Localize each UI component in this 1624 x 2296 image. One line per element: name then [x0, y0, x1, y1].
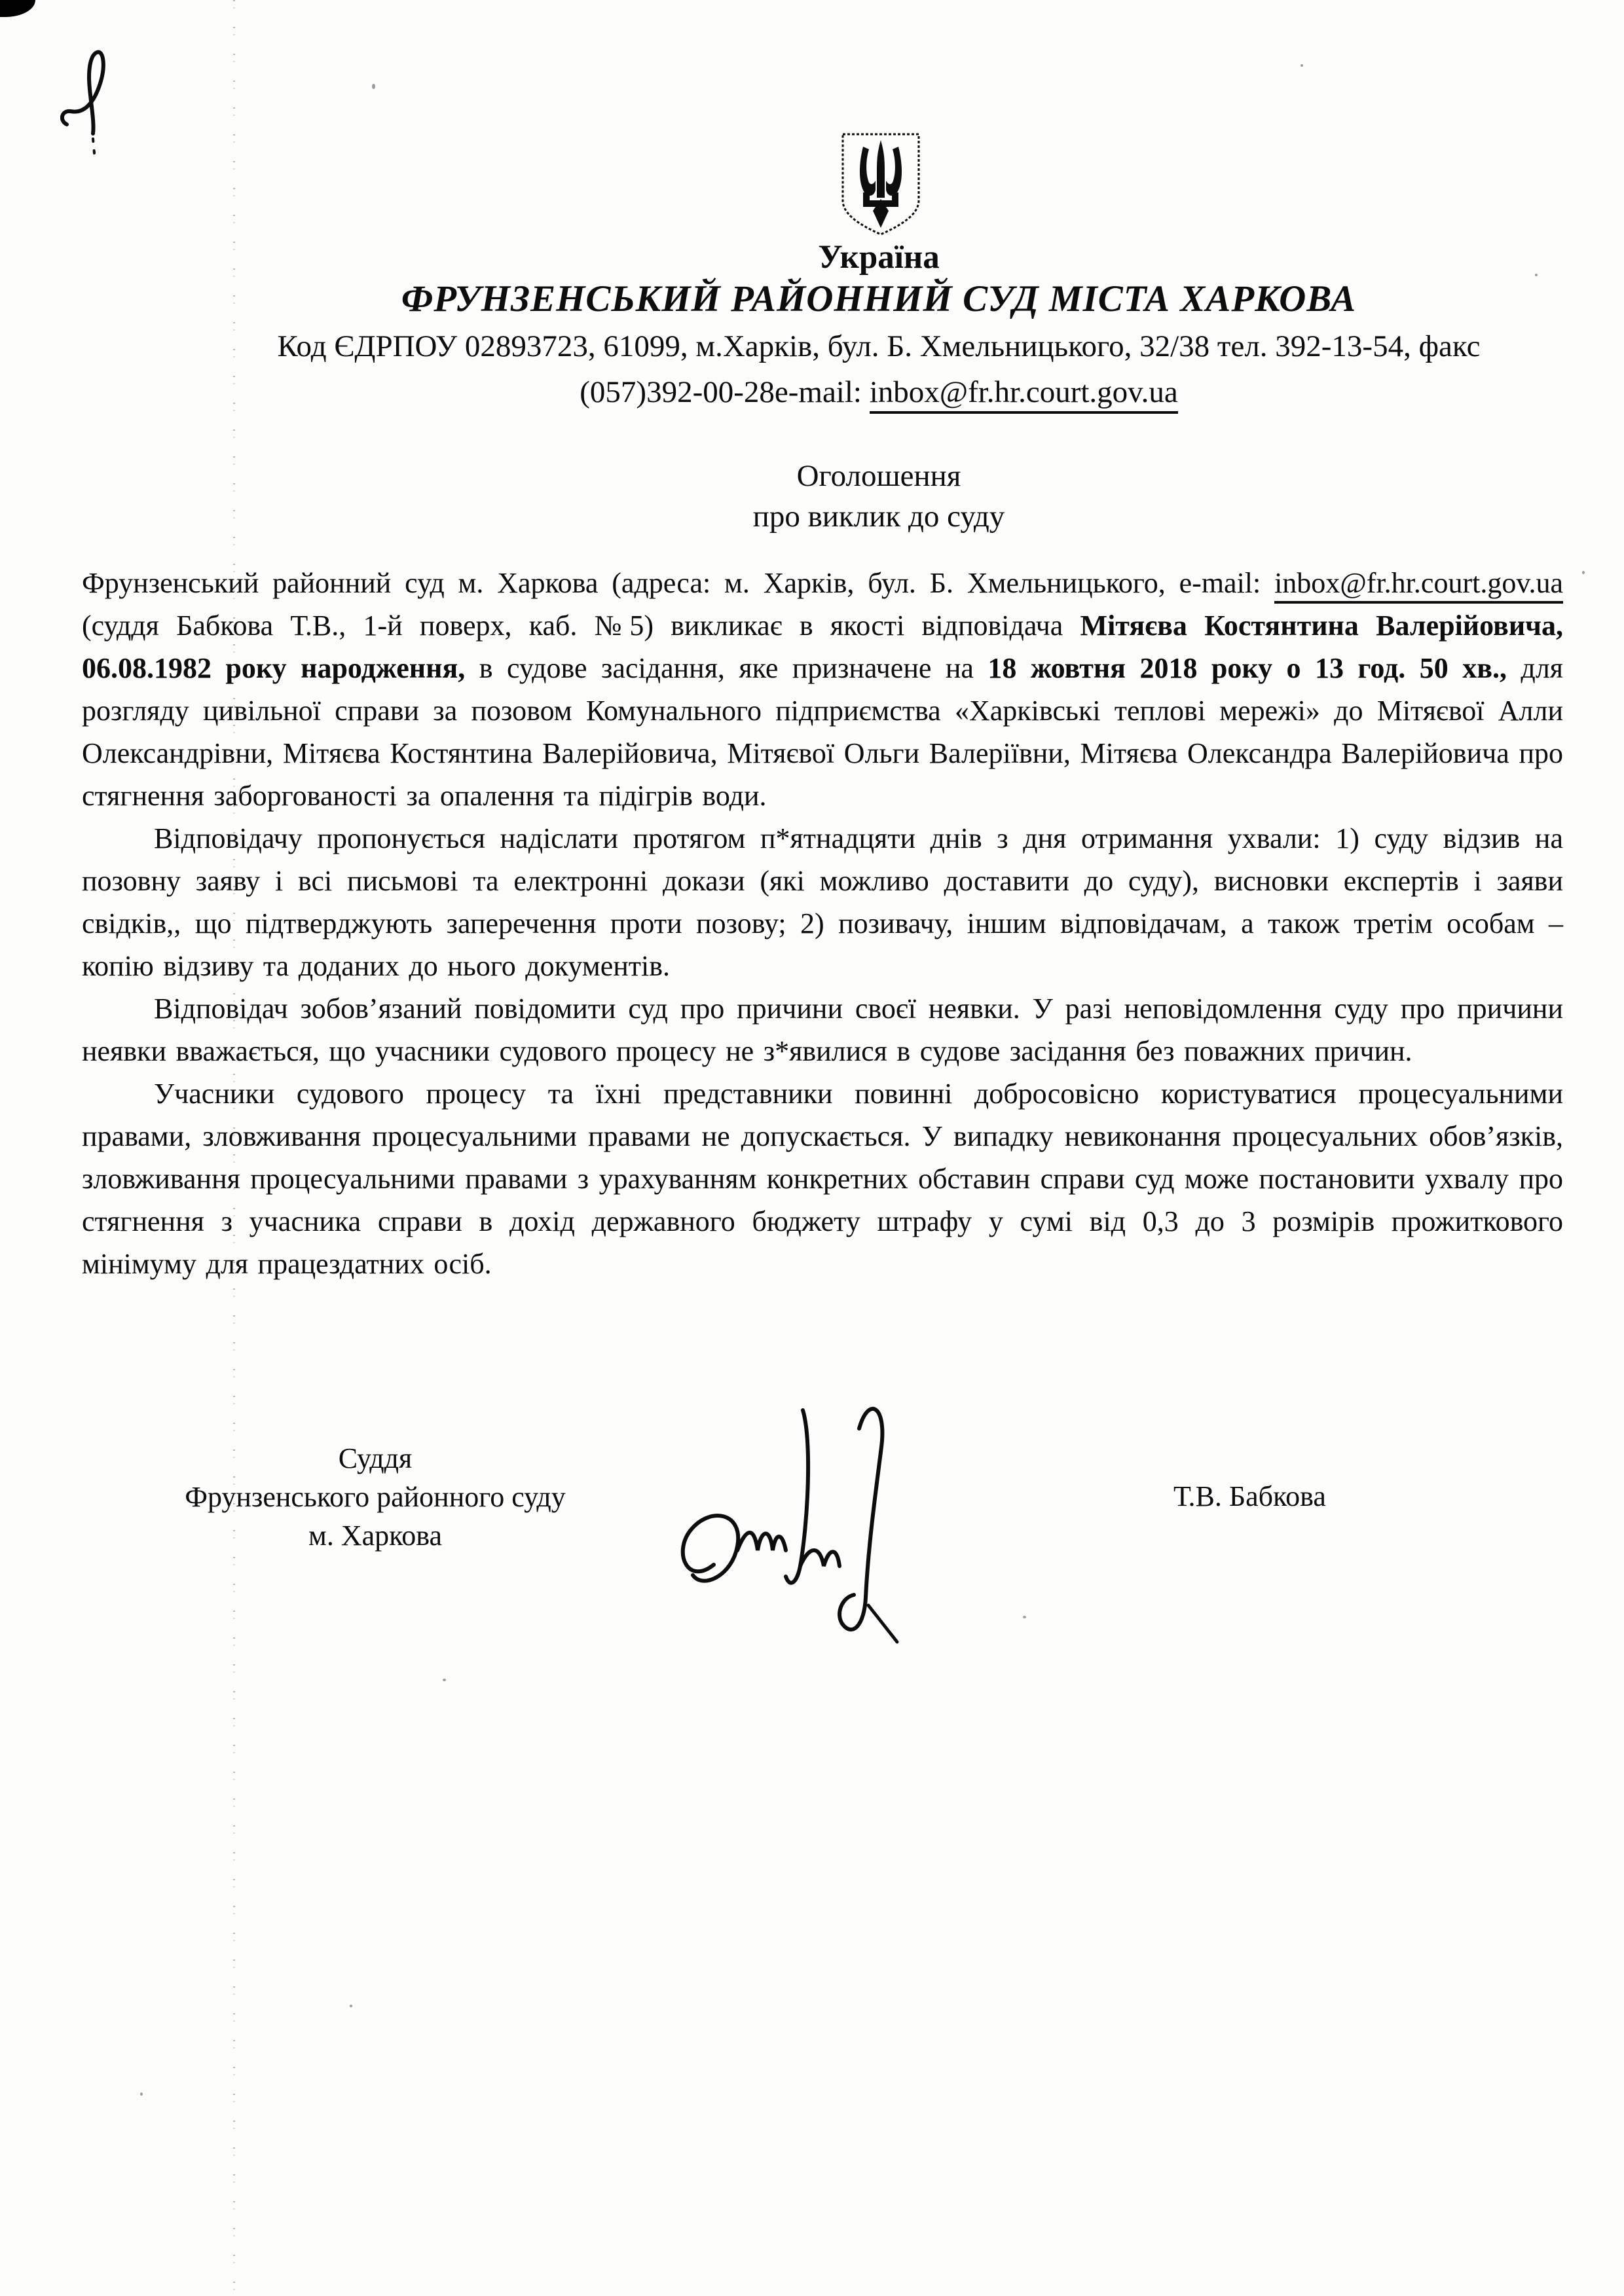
paragraph-text: Фрунзенський районний суд м. Харкова (ад…: [82, 567, 1274, 599]
notice-title-line2: про виклик до суду: [132, 496, 1624, 537]
judge-name: Т.В. Бабкова: [1173, 1480, 1326, 1513]
notice-title: Оголошення про виклик до суду: [132, 456, 1624, 537]
handwritten-signature: [668, 1381, 956, 1663]
handwritten-pen-mark: [60, 41, 132, 165]
judge-role-block: Суддя Фрунзенського районного суду м. Ха…: [110, 1439, 640, 1555]
scan-speck: [350, 2005, 352, 2007]
judge-role-line1: Суддя: [110, 1439, 640, 1478]
scan-corner-artifact: [0, 0, 35, 17]
email-underlined: inbox@fr.hr.court.gov.ua: [1274, 567, 1563, 604]
paragraph-text: в судове засідання, яке призначене на: [465, 652, 987, 684]
notice-title-line1: Оголошення: [132, 456, 1624, 496]
judge-role-line2: Фрунзенського районного суду: [110, 1478, 640, 1516]
court-contact-line: (057)392-00-28e-mail: inbox@fr.hr.court.…: [132, 374, 1624, 410]
ukraine-trident-emblem: [840, 131, 922, 238]
body-paragraph-absence-notice: Відповідач зобов’язаний повідомити суд п…: [82, 987, 1563, 1072]
paragraph-text: (суддя Бабкова Т.В., 1-й поверх, каб. №5…: [82, 610, 1080, 642]
body-paragraph-response-instructions: Відповідачу пропонується надіслати протя…: [82, 817, 1563, 987]
document-body: Фрунзенський районний суд м. Харкова (ад…: [82, 562, 1563, 1285]
country-name: Україна: [132, 238, 1624, 276]
hearing-datetime-bold: 18 жовтня 2018 року о 13 год. 50 хв.,: [987, 652, 1507, 684]
scan-speck: [443, 1679, 446, 1681]
phone-email-prefix: (057)392-00-28e-mail:: [580, 375, 869, 409]
scan-speck: [372, 84, 375, 89]
court-email: inbox@fr.hr.court.gov.ua: [870, 375, 1178, 414]
body-paragraph-procedural-duties: Учасники судового процесу та їхні предст…: [82, 1072, 1563, 1285]
body-paragraph-summons: Фрунзенський районний суд м. Харкова (ад…: [82, 562, 1563, 817]
judge-role-line3: м. Харкова: [110, 1516, 640, 1555]
scan-speck: [1582, 571, 1585, 574]
court-name: ФРУНЗЕНСЬКИЙ РАЙОННИЙ СУД МІСТА ХАРКОВА: [132, 278, 1624, 320]
scan-speck: [1023, 1616, 1026, 1618]
court-address-line: Код ЄДРПОУ 02893723, 61099, м.Харків, бу…: [132, 329, 1624, 364]
scanned-document-page: Україна ФРУНЗЕНСЬКИЙ РАЙОННИЙ СУД МІСТА …: [0, 0, 1624, 2296]
scan-speck: [140, 2092, 143, 2096]
scan-speck: [1301, 64, 1303, 67]
